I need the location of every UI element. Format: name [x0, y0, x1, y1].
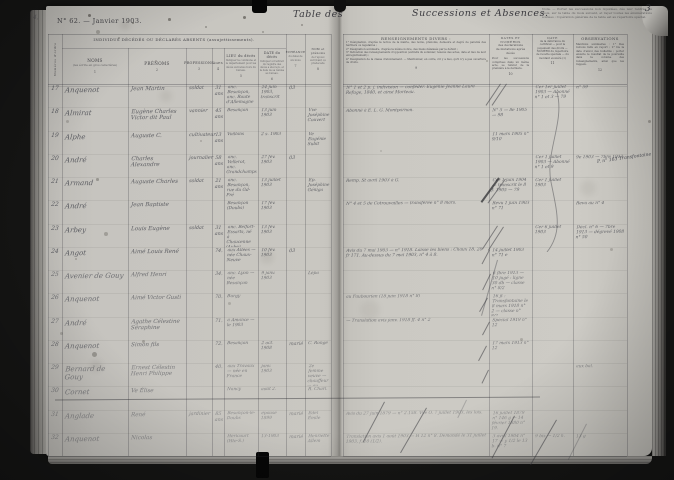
- cell-ages: 71.: [213, 317, 224, 325]
- column-subtitle: de la délivrance du certificat — pour le…: [535, 40, 570, 60]
- cell-professions: jardinier: [187, 410, 212, 418]
- cell-num: 26: [49, 294, 62, 303]
- paper-smudge: [360, 300, 380, 320]
- column-note: 3° Indication des renseignements d'oppos…: [346, 51, 486, 58]
- cell-date: 17 fév. 1903: [258, 201, 285, 213]
- cell-date: 9 janv. 1903: [258, 271, 285, 283]
- table-row: 31AngladeRenéjardinier85 ansBesançon-le-…: [0, 410, 674, 433]
- column-title: ÉCHÉANCE: [286, 50, 306, 54]
- column-note: 4° Désignation de la classe d'abonnement…: [346, 58, 486, 65]
- paper-speck: [104, 232, 108, 236]
- cell-prenoms: Nicolas: [129, 433, 186, 442]
- cell-num: 17: [49, 85, 62, 94]
- column-header-observations: OBSERVATIONS Mentions sommaires : 1° Des…: [573, 34, 627, 84]
- grid-line: [62, 48, 286, 49]
- cell-ages: 13 ans: [212, 131, 223, 144]
- scanned-register-spread: 4, N° 62. — Janvier 1903. Table des Succ…: [0, 0, 674, 480]
- cell-lieu: Besançon-le-Doubs: [224, 410, 257, 422]
- column-number: 2: [156, 68, 158, 72]
- grid-line: [48, 34, 331, 35]
- cell-echeance: marié: [287, 410, 305, 418]
- cell-date: 13-1903: [259, 434, 286, 441]
- cell-ages: 74.: [213, 248, 224, 256]
- cell-noms: Avenier de Gouy: [62, 271, 127, 282]
- column-title: ÂGES: [213, 61, 223, 65]
- corner-pencil-mark: 4,: [33, 14, 39, 21]
- paper-speck: [96, 178, 99, 181]
- cell-declarations: Spécial 1919 n° 12: [489, 317, 531, 329]
- cell-professions: soldat: [187, 178, 212, 186]
- cell-num: 24: [49, 248, 62, 257]
- cell-prenoms: Charles Alexandre: [128, 154, 185, 169]
- column-number: 7: [294, 64, 296, 68]
- paper-speck: [380, 150, 382, 152]
- cell-num: 28: [49, 341, 62, 350]
- column-number: 5: [240, 74, 242, 78]
- column-number: 6: [271, 77, 273, 81]
- table-row: 19AlpheAuguste C.cultivateur13 ansVoilla…: [0, 131, 674, 154]
- cell-declarations: N° 5 — 8e 1905 — 98: [489, 108, 531, 120]
- table-row: 23ArbeyLouis Eugènesoldat31 ansanc. Belf…: [0, 224, 674, 247]
- column-header-renseignements: RENSEIGNEMENTS DIVERS : 1° Désignation, …: [343, 34, 489, 84]
- cell-lieu: anc. Belfort-Essarts, né à Chaucenne (Au…: [224, 224, 258, 247]
- cell-ages: 31 ans: [212, 224, 223, 237]
- cell-noms: Anquenot: [62, 294, 127, 305]
- cell-date: 13 juin 1903: [258, 108, 285, 120]
- cell-epoux: Edel Émile: [305, 410, 330, 422]
- cell-num: 22: [49, 201, 62, 210]
- cell-renseignements: Avis du 27 juin 1879 — n° 2.158. Vve O. …: [344, 410, 489, 418]
- cell-prenoms: Jean Baptiste: [129, 201, 186, 210]
- column-number: 8: [317, 67, 319, 71]
- nota-note: Nota. — Porter les successions non liqui…: [542, 7, 652, 20]
- table-row: 24AngotAimé Louis René74.aux Allées — né…: [0, 247, 674, 270]
- column-title: OBSERVATIONS: [576, 36, 624, 41]
- table-row: 21ArmandAuguste Charlessoldat21 ansanc. …: [0, 177, 674, 200]
- cell-date: 13 fév. 1903: [258, 224, 285, 236]
- cell-epoux: Ve Eugénie Subit: [305, 131, 331, 148]
- paper-speck: [610, 248, 613, 251]
- cell-ages: 72.: [213, 341, 224, 349]
- column-number: 10: [492, 72, 529, 76]
- cell-prenoms: Louis Eugène: [129, 224, 186, 233]
- column-subtitle: (les écrire en gros caractères): [73, 64, 117, 68]
- column-subtitle: de mutations après décès: [492, 48, 529, 56]
- cell-date: 24 juin 1903, transcrit: [258, 85, 286, 102]
- bottom-page-edges: [48, 456, 652, 464]
- table-row: 17AnquenotJean Martinsoldat31 ansanc. Be…: [0, 84, 674, 107]
- paper-speck: [243, 16, 246, 19]
- column-title: LIEU du décès: [226, 54, 255, 58]
- cell-noms: Angot: [62, 247, 127, 258]
- cell-num: 23: [49, 224, 62, 233]
- column-number: 3: [198, 67, 200, 71]
- cell-num: 27: [49, 317, 62, 326]
- column-number: 1: [94, 70, 96, 74]
- cell-noms: Armand: [62, 178, 127, 189]
- cell-noms: André: [62, 154, 127, 165]
- cell-observations: Revu au n° 4: [574, 201, 627, 208]
- cell-date: 13 juillet 1903: [258, 178, 285, 190]
- cell-lieu: anc. Besançon, rue du Gd-Pré: [224, 178, 258, 200]
- cell-lieu: aux Travaux — née en France: [224, 364, 258, 381]
- cell-noms: Anglade: [62, 410, 127, 421]
- column-note: 1° Désignation, d'après la notice de la …: [346, 41, 486, 48]
- cell-declarations: 11 mars 1905 n° 9/10: [489, 131, 531, 143]
- paper-smudge: [90, 360, 102, 372]
- cell-declarations: 16 jt : Transfontaine le 8 mars 1918 n° …: [489, 294, 532, 317]
- column-subtitle: de l'époux survivant ou prédécédé: [306, 56, 330, 65]
- table-row: 28AnquenotSimon fils72.Besançon2 oct. 19…: [0, 340, 674, 363]
- paper-speck: [262, 31, 264, 33]
- cell-prenoms: Ernest Célestin Henri Philippe: [128, 364, 185, 379]
- cell-professions: soldat: [187, 224, 212, 232]
- cell-ages: 34.: [213, 271, 224, 279]
- cell-num: 32: [49, 434, 62, 443]
- cell-num: 31: [49, 410, 62, 419]
- page-title-prefix: Table des: [293, 9, 343, 20]
- handwritten-page-number: 3: [645, 4, 652, 14]
- paper-speck: [88, 14, 91, 17]
- cell-lieu: Burgy: [225, 294, 258, 301]
- column-title: NOM et prénoms: [306, 47, 330, 55]
- cell-lieu: anc. Lyon — née Besançon: [224, 271, 258, 288]
- cell-ages: 45 ans: [212, 108, 223, 121]
- column-header-prenoms: PRÉNOMS 2: [128, 48, 186, 84]
- column-title: DATE du décès: [259, 51, 285, 59]
- cell-renseignements: Remp. St avril 1903 à G.: [344, 177, 489, 185]
- cell-noms: Anquenot: [62, 433, 127, 444]
- paper-speck: [205, 26, 207, 28]
- page-title: Successions et Absences.: [412, 8, 549, 19]
- paper-speck: [132, 22, 134, 24]
- cell-date: 2 s. 1903: [259, 131, 286, 138]
- paper-speck: [486, 60, 488, 62]
- cell-declarations: 6 fbre 1913 — 10 jugé : ligne 30 db — cl…: [489, 271, 532, 293]
- paper-speck: [92, 352, 97, 357]
- paper-speck: [168, 18, 171, 21]
- cell-echeance: marié: [287, 434, 305, 442]
- paper-speck: [142, 340, 145, 343]
- paper-smudge: [160, 90, 172, 102]
- cell-renseignements: Abonné à E. L. G. Montparnon.: [344, 107, 489, 115]
- table-row: 18AlmiratEugène Charles Victor dit Paulv…: [0, 107, 674, 130]
- table-row: 20AndréCharles Alexandrejournalier58 ans…: [0, 154, 674, 177]
- cell-declarations: Revu 1 juin 1903 n° 71: [489, 201, 531, 213]
- cell-lieu: anc. Vellerot, anc. Grandchamps: [224, 155, 258, 177]
- cell-noms: André: [62, 317, 127, 328]
- grid-line: [48, 456, 331, 457]
- column-title: PROFESSIONS: [184, 61, 214, 65]
- cell-lieu: Voillans: [225, 131, 258, 138]
- column-title: PRÉNOMS: [144, 61, 169, 66]
- binding-clip-top: [252, 0, 267, 13]
- cell-prenoms: Aimé Victor Gusti: [129, 294, 186, 303]
- cell-ages: 58 ans: [212, 155, 223, 168]
- cell-observations: Décl. n° 6 — 7bre 1913 — dégrevé 1908 n°…: [573, 224, 627, 241]
- cell-noms: Arbey: [62, 224, 127, 235]
- cell-epoux: Ep. Joséphine Géniga: [305, 178, 331, 195]
- cell-noms: André: [62, 201, 127, 212]
- column-header-ages: ÂGES 4: [212, 48, 224, 84]
- cell-lieu: à Amance — le 1903: [224, 317, 257, 329]
- cell-renseignements: Avis du 7 mai 1903 — n° 1918. Laisse les…: [343, 247, 488, 260]
- cell-declarations: 14 juillet 1903 n° 71 e: [489, 248, 531, 260]
- cell-echeance: marié: [287, 341, 305, 349]
- cell-professions: cultivateur: [187, 131, 212, 139]
- paper-speck: [228, 302, 231, 305]
- column-number: 4: [217, 67, 219, 71]
- paper-speck: [118, 37, 120, 39]
- column-note: Mentions sommaires : 1° Des renvois fait…: [576, 43, 624, 67]
- cell-date: août 2.: [259, 387, 286, 394]
- cell-num: 29: [49, 364, 62, 373]
- cell-echeance: 03: [287, 248, 305, 256]
- cell-epoux: Lépa: [306, 271, 331, 278]
- column-header-order: Numéros d'ordre: [48, 34, 62, 84]
- cell-prenoms: Aimé Louis René: [129, 247, 186, 256]
- cell-renseignements: N° 4 et 5 de Cotrouvailles — transférée …: [344, 200, 489, 208]
- cell-prenoms: Eugène Charles Victor dit Paul: [128, 108, 185, 123]
- column-header-epoux: NOM et prénoms de l'époux survivant ou p…: [305, 34, 331, 84]
- paper-smudge: [580, 180, 596, 196]
- table-row: 30CornetVe ÉliseNancyaoût 2.R. Charl.: [0, 386, 674, 409]
- cell-date: janv. 1903: [258, 364, 285, 376]
- cell-noms: Anquenot: [62, 340, 127, 351]
- cell-noms: Almirat: [62, 108, 127, 119]
- table-row: 27AndréAgathe Célestine Séraphine71.à Am…: [0, 317, 674, 340]
- cell-epoux: Vve Joséphine Couvert: [305, 108, 331, 125]
- cell-date: 2 oct. 1908: [258, 341, 285, 353]
- cell-num: 18: [49, 108, 62, 117]
- paper-speck: [155, 60, 157, 62]
- cell-prenoms: René: [129, 410, 186, 419]
- cell-epoux: R. Charl.: [306, 387, 331, 394]
- cell-num: 25: [49, 271, 62, 280]
- cell-professions: vannier: [187, 108, 212, 116]
- column-header-professions: PROFESSIONS 3: [186, 48, 212, 84]
- cell-observations: n° 59: [574, 85, 627, 92]
- cell-certificat: 9 bis — 1/2 h.: [533, 434, 573, 441]
- paper-speck: [648, 120, 651, 123]
- cell-ages: 85 ans: [212, 410, 223, 423]
- cell-prenoms: Auguste Charles: [129, 178, 186, 187]
- cell-lieu: Besançon (Doubs): [224, 201, 257, 213]
- cell-epoux: C. Rongé: [306, 341, 331, 348]
- cell-num: 20: [49, 155, 62, 164]
- column-subtitle: du délai de six mois: [287, 55, 304, 61]
- table-row: 26AnquenotAimé Victor Gusti70.Burgyau Fa…: [0, 293, 674, 316]
- cell-prenoms: Ve Élise: [129, 387, 186, 396]
- grid-line: [343, 456, 627, 457]
- cell-observations: aux bal.: [574, 364, 627, 371]
- cell-num: 30: [49, 387, 62, 396]
- cell-epoux: 2e femme veuve — chauffeur — au séjour: [305, 364, 331, 387]
- cell-ages: 21 ans: [212, 178, 223, 191]
- paper-smudge: [260, 250, 274, 264]
- column-header-echeance: ÉCHÉANCE du délai de six mois 7: [286, 34, 305, 84]
- column-header-noms: NOMS (les écrire en gros caractères) 1: [62, 48, 128, 84]
- band-title: INDIVIDUS DÉCÉDÉS OU DÉCLARÉS ABSENTS (a…: [62, 37, 286, 42]
- paper-speck: [75, 258, 77, 260]
- cell-num: 21: [49, 178, 62, 187]
- cell-professions: soldat: [187, 85, 212, 93]
- cell-echeance: 03: [287, 155, 305, 163]
- cell-declarations: 17 mars 1913 n° 12: [489, 341, 531, 353]
- cell-observations: 9e 1903 — 7bre 1913: [574, 154, 627, 161]
- cell-lieu: Besançon: [225, 341, 258, 348]
- cell-noms: Anquenot: [62, 85, 127, 96]
- cell-lieu: Héricourt (Hte-S.): [224, 434, 257, 446]
- paper-speck: [66, 120, 69, 123]
- cell-lieu: Nancy: [225, 387, 258, 394]
- column-header-date: DATE du décès Indiquer si l'extrait du r…: [258, 48, 286, 84]
- column-header-lieu: LIEU du décès Indiquer la commune et le …: [224, 48, 258, 84]
- cell-epoux: Henriette Allem: [305, 434, 330, 446]
- table-row: 25Avenier de GouyAlfred Henri34.anc. Lyo…: [0, 270, 674, 293]
- cell-prenoms: Agathe Célestine Séraphine: [128, 317, 185, 332]
- column-number: 9: [346, 66, 486, 70]
- cell-noms: Alphe: [62, 131, 127, 142]
- cell-echeance: 03: [287, 85, 305, 93]
- column-number: 12: [576, 68, 624, 72]
- column-subtitle: Indiquer si l'extrait du registre des dé…: [259, 60, 285, 75]
- cell-prenoms: Simon fils: [129, 340, 186, 349]
- table-row: 22AndréJean BaptisteBesançon (Doubs)17 f…: [0, 200, 674, 223]
- grid-line: [343, 34, 627, 35]
- cell-renseignements: N° 1 et 2 p. j. indivision — confédér. E…: [343, 84, 488, 97]
- cell-noms: Cornet: [62, 387, 127, 398]
- paper-speck: [60, 332, 63, 335]
- cell-ages: 40.: [213, 364, 224, 372]
- cell-prenoms: Auguste C.: [129, 131, 186, 140]
- column-subtitle: Indiquer la commune et le département po…: [225, 59, 257, 72]
- column-header-certificat: DATE de la délivrance du certificat — po…: [532, 34, 573, 84]
- cell-date: 27 fév. 1903: [258, 155, 285, 167]
- cell-professions: journalier: [187, 155, 212, 163]
- cell-date: épousé 1899: [258, 410, 285, 422]
- column-note: Pour les successions comprises dans un m…: [492, 57, 529, 70]
- cell-prenoms: Alfred Henri: [129, 271, 186, 280]
- cell-num: 19: [49, 131, 62, 140]
- paper-smudge: [120, 20, 130, 30]
- paper-speck: [200, 140, 202, 142]
- paper-speck: [96, 30, 100, 34]
- cell-prenoms: Jean Martin: [129, 85, 186, 94]
- paper-speck: [301, 24, 303, 26]
- cell-ages: 31 ans: [212, 85, 223, 98]
- paper-speck: [520, 338, 523, 341]
- cell-lieu: aux Allées — née Chaux-Neuve: [224, 248, 258, 265]
- column-number: 11: [535, 61, 570, 65]
- cell-lieu: anc. Besançon, anc. Route d'Allemagne: [224, 85, 258, 107]
- column-header-declarations: DATES ET NUMÉROS des déclarations de mut…: [489, 34, 532, 84]
- cell-ages: 70.: [213, 294, 224, 302]
- pencil-wavy-line: [537, 92, 565, 252]
- cell-lieu: Besançon: [225, 108, 258, 115]
